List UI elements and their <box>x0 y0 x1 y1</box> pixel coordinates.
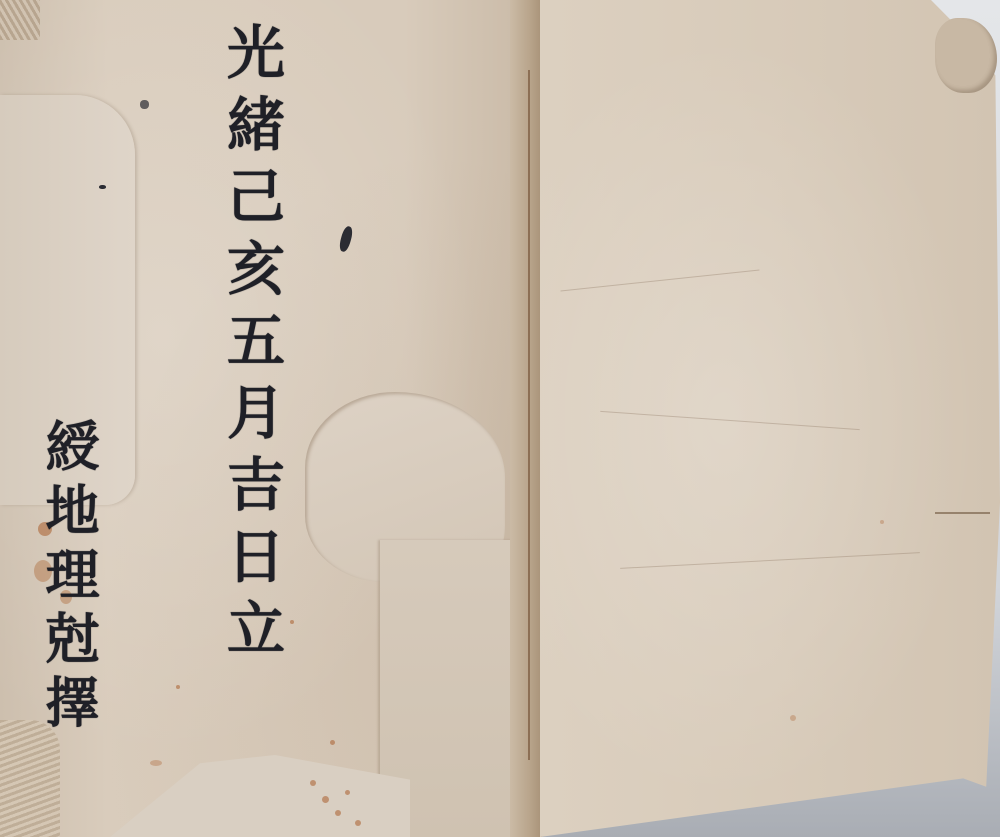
title-inscription: 綬地理尅擇 <box>42 418 96 738</box>
binding-fold <box>528 70 530 760</box>
foxing-stain <box>330 740 335 745</box>
foxing-stain <box>790 715 796 721</box>
foxing-stain <box>150 760 162 766</box>
date-inscription: 光緒己亥五月吉日立 <box>222 22 280 670</box>
paper-tear <box>935 512 990 514</box>
book-gutter <box>510 0 542 837</box>
page-edges-top <box>0 0 40 40</box>
ink-spot <box>99 185 106 189</box>
foxing-stain <box>355 820 361 826</box>
ink-spot <box>140 100 149 109</box>
foxing-stain <box>322 796 329 803</box>
right-page <box>540 0 1000 837</box>
foxing-stain <box>880 520 884 524</box>
foxing-stain <box>176 685 180 689</box>
foxing-stain <box>345 790 350 795</box>
foxing-stain <box>310 780 316 786</box>
foxing-stain <box>290 620 294 624</box>
foxing-stain <box>335 810 341 816</box>
book-photo: 光緒己亥五月吉日立 綬地理尅擇 <box>0 0 1000 837</box>
